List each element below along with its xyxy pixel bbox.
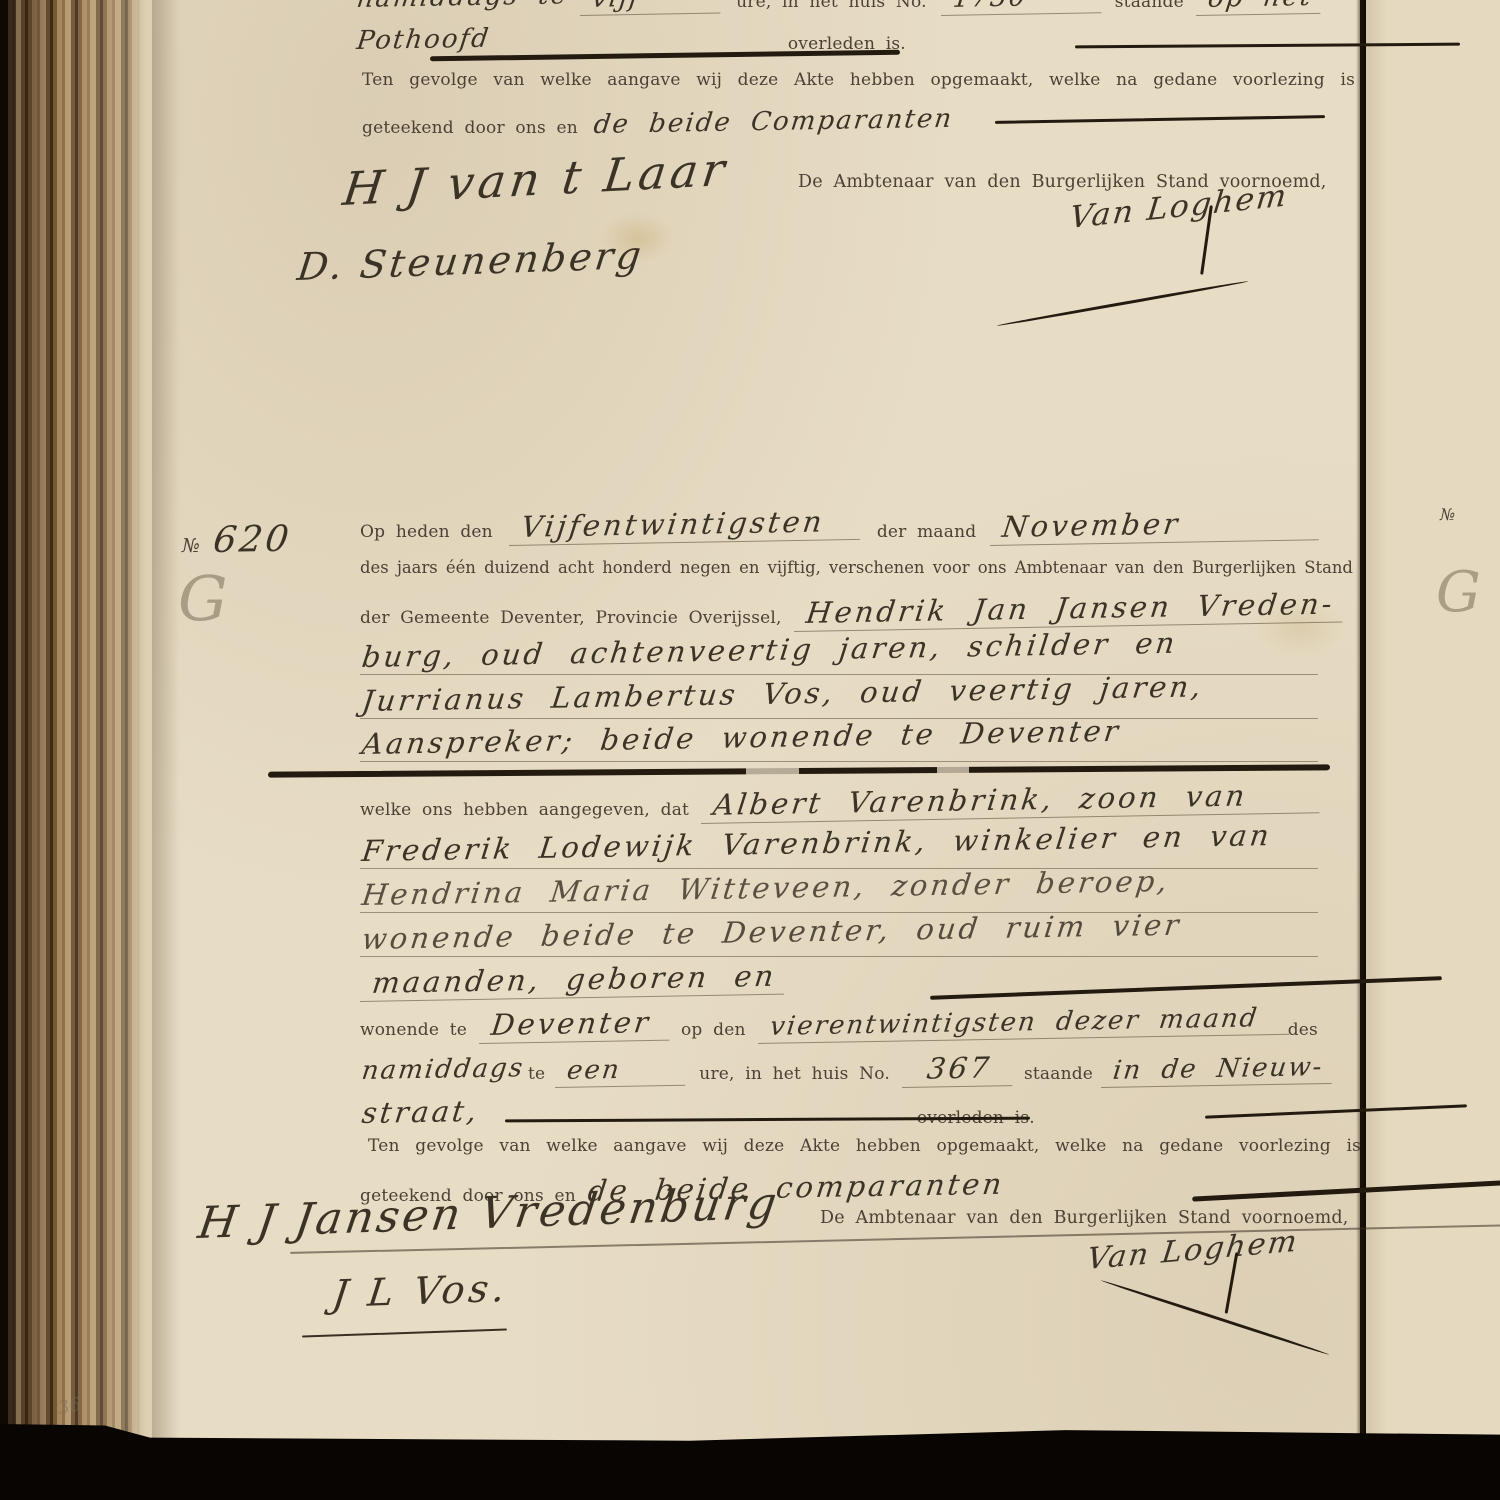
prev-act-closing-line1: Ten gevolge van welke aangave wij deze A… bbox=[362, 70, 1312, 90]
signature-declarant-vos: J L Vos. bbox=[330, 1266, 511, 1316]
hw-age-born: maanden, geboren en bbox=[360, 959, 789, 1002]
printed-wonende-te: wonende te bbox=[360, 1020, 467, 1040]
hw-namiddags: namiddags bbox=[360, 1053, 526, 1086]
prev-act-closing-line2: geteekend door ons en de beide Comparant… bbox=[362, 110, 1312, 140]
printed-der-maand: der maand bbox=[877, 522, 977, 542]
hw-location-start: op het bbox=[1196, 0, 1324, 16]
printed-ten-gevolge2: Ten gevolge van welke aangave wij deze A… bbox=[368, 1136, 1361, 1156]
printed-ure-huis: ure, in het huis No. bbox=[699, 1064, 890, 1084]
register-page-scan: namiddags te vijf ure, in het huis No. 1… bbox=[0, 0, 1500, 1500]
hw-hour: vijf bbox=[580, 0, 724, 16]
act-closing-line1: Ten gevolge van welke aangave wij deze A… bbox=[368, 1136, 1318, 1156]
prev-act-time-line: namiddags te vijf ure, in het huis No. 1… bbox=[355, 0, 1320, 16]
act-line-residence-age: wonende beide te Deventer, oud ruim vier bbox=[360, 922, 1318, 957]
hw-death-place: Deventer bbox=[479, 1005, 674, 1044]
printed-ure-huis-no: ure, in het huis No. bbox=[736, 0, 927, 12]
printed-op-heden-den: Op heden den bbox=[360, 522, 493, 542]
official-caption-bottom: De Ambtenaar van den Burgerlijken Stand … bbox=[820, 1208, 1349, 1228]
margin-pencil-mark-right: G bbox=[1436, 560, 1481, 625]
hw-namiddags-te: namiddags te bbox=[355, 0, 570, 14]
act-line-father: Frederik Lodewijk Varenbrink, winkelier … bbox=[360, 834, 1318, 869]
hw-house-number: 367 bbox=[902, 1050, 1017, 1088]
act-number-value: 620 bbox=[211, 519, 294, 561]
act-line-street-overleden: straat, overleden is. bbox=[360, 1096, 1318, 1130]
next-page-numero-sign: № bbox=[1440, 505, 1455, 524]
act-line-declarant2: Jurrianus Lambertus Vos, oud veertig jar… bbox=[360, 684, 1318, 719]
hw-beide-comparanten: de beide Comparanten bbox=[592, 104, 955, 140]
printed-staande2: staande bbox=[1024, 1064, 1093, 1084]
act-line-date: Op heden den Vijfentwintigsten der maand… bbox=[360, 510, 1318, 546]
hw-hour: een bbox=[555, 1054, 689, 1088]
printed-des: des bbox=[1288, 1020, 1318, 1040]
act-number: № 620 bbox=[182, 520, 289, 561]
printed-gemeente-deventer: der Gemeente Deventer, Provincie Overijs… bbox=[360, 608, 782, 628]
hw-death-date: vierentwintigsten dezer maand bbox=[758, 1003, 1293, 1044]
printed-op-den: op den bbox=[681, 1020, 746, 1040]
hw-pothoofd: Pothoofd bbox=[355, 24, 492, 56]
margin-pencil-mark-left: G bbox=[178, 562, 228, 635]
hw-house-number: 1730 bbox=[941, 0, 1105, 16]
act-line-declarant2-details: Aanspreker; beide wonende te Deventer bbox=[360, 727, 1318, 762]
act-line-deceased: welke ons hebben aangegeven, dat Albert … bbox=[360, 788, 1318, 824]
hw-month: November bbox=[990, 504, 1323, 546]
printed-te: te bbox=[528, 1064, 545, 1084]
hw-street-start: in de Nieuw- bbox=[1101, 1052, 1335, 1088]
printed-welke-ons: welke ons hebben aangegeven, dat bbox=[360, 800, 689, 820]
printed-ten-gevolge: Ten gevolge van welke aangave wij deze A… bbox=[362, 70, 1355, 90]
act-line-year: des jaars één duizend acht honderd negen… bbox=[360, 558, 1318, 577]
printed-geteekend: geteekend door ons en bbox=[362, 118, 578, 138]
printed-staande: staande bbox=[1115, 0, 1184, 12]
book-binding-edge bbox=[0, 0, 152, 1445]
numero-sign: № bbox=[182, 535, 200, 557]
hw-street-end: straat, bbox=[360, 1094, 481, 1130]
act-line-death-date: wonende te Deventer op den vierentwintig… bbox=[360, 1008, 1318, 1044]
hw-day: Vijfentwintigsten bbox=[509, 504, 864, 546]
act-line-born: maanden, geboren en bbox=[360, 966, 1318, 1002]
printed-des-jaars: des jaars één duizend acht honderd negen… bbox=[360, 558, 1353, 577]
act-line-death-hour: namiddags te een ure, in het huis No. 36… bbox=[360, 1052, 1318, 1088]
